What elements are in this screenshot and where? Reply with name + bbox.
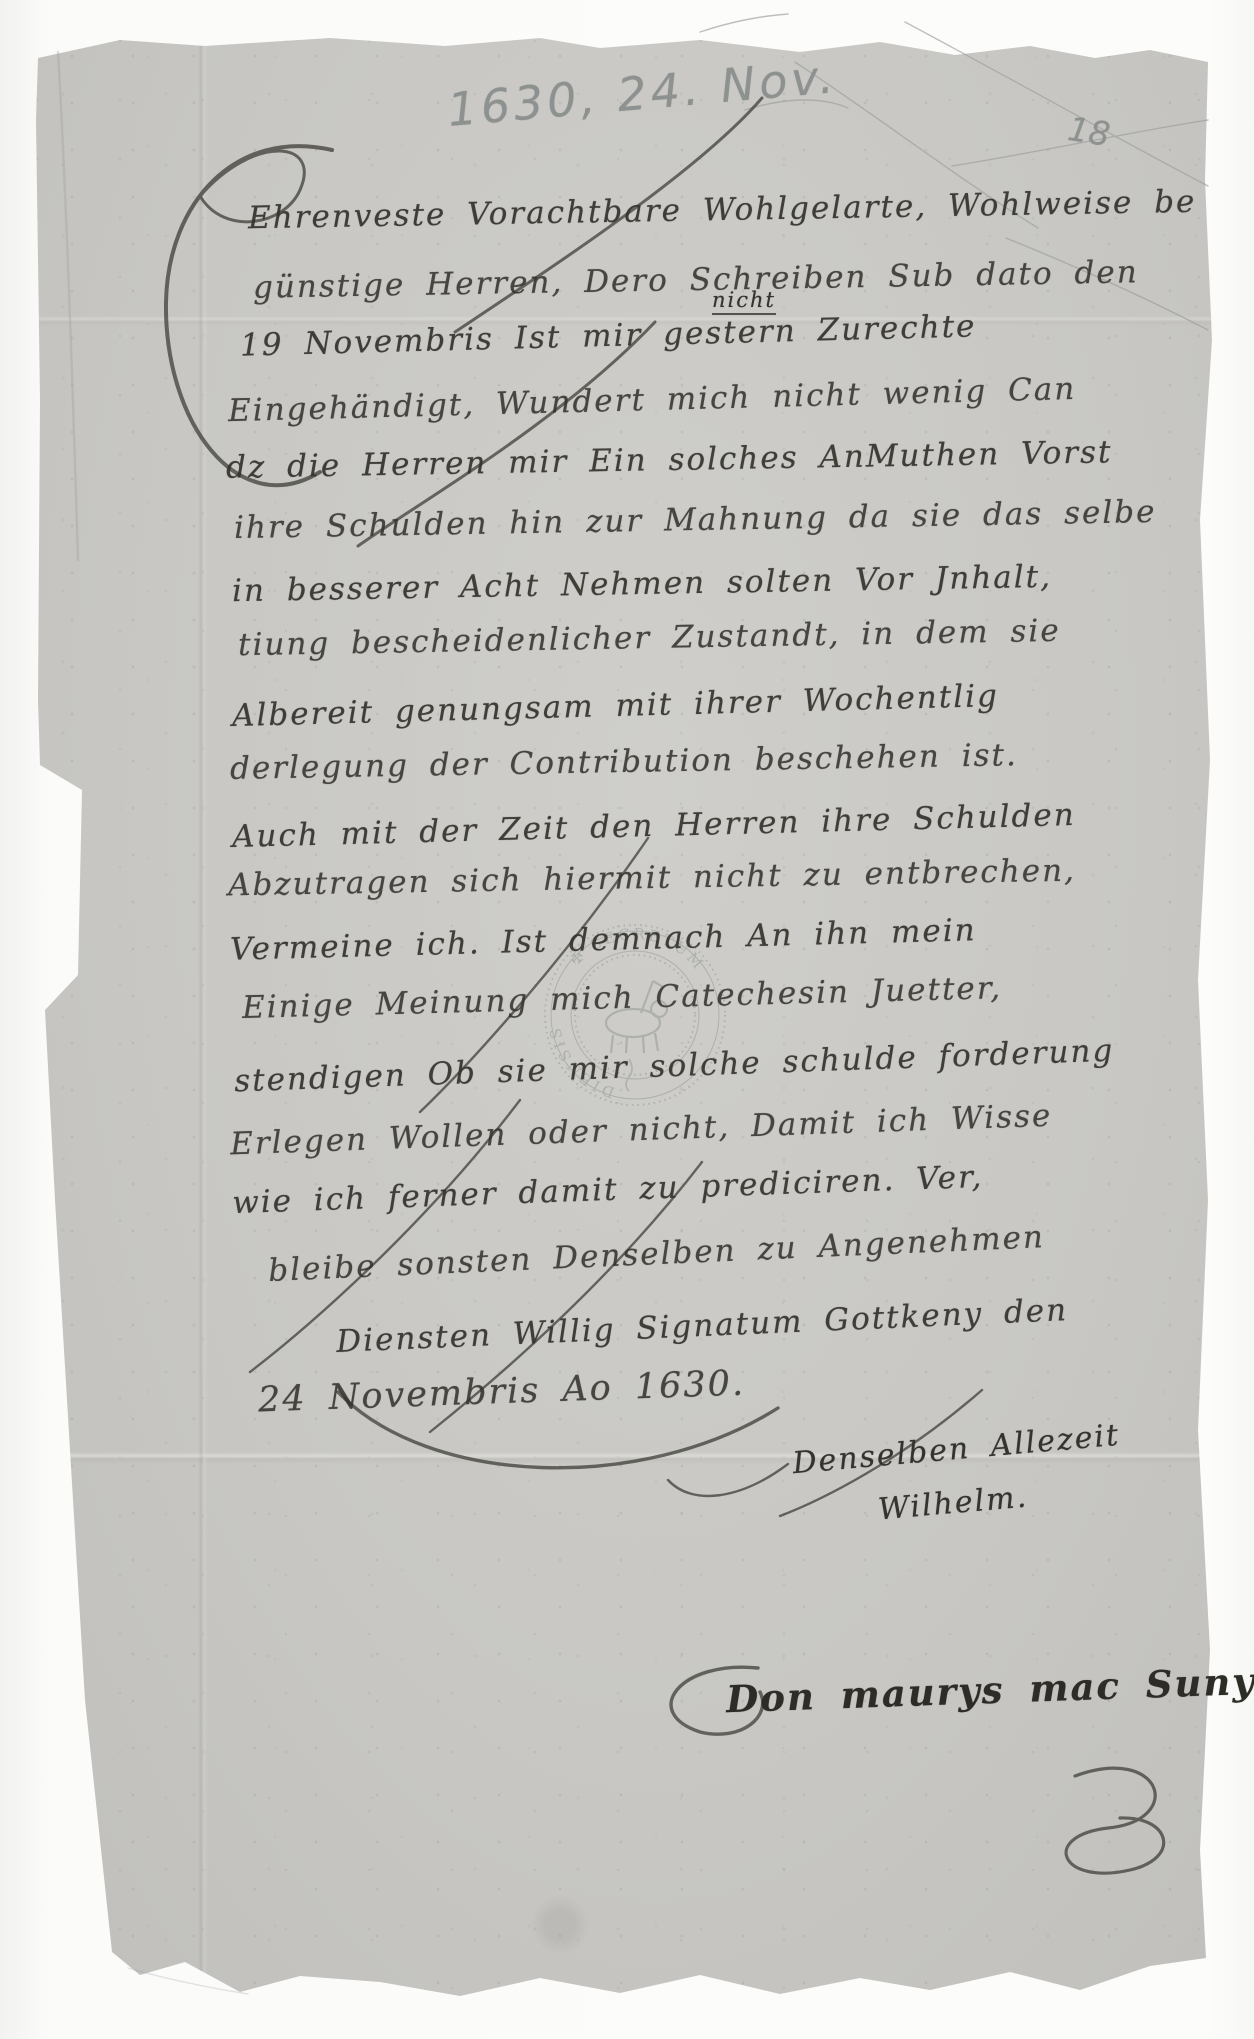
ink-flourishes — [0, 0, 1254, 2039]
interlinear-insertion: nicht — [712, 288, 776, 315]
scanned-page: ✠ SECRETUM DIENSIS 1630, 24. Nov. 18 — [0, 0, 1254, 2039]
